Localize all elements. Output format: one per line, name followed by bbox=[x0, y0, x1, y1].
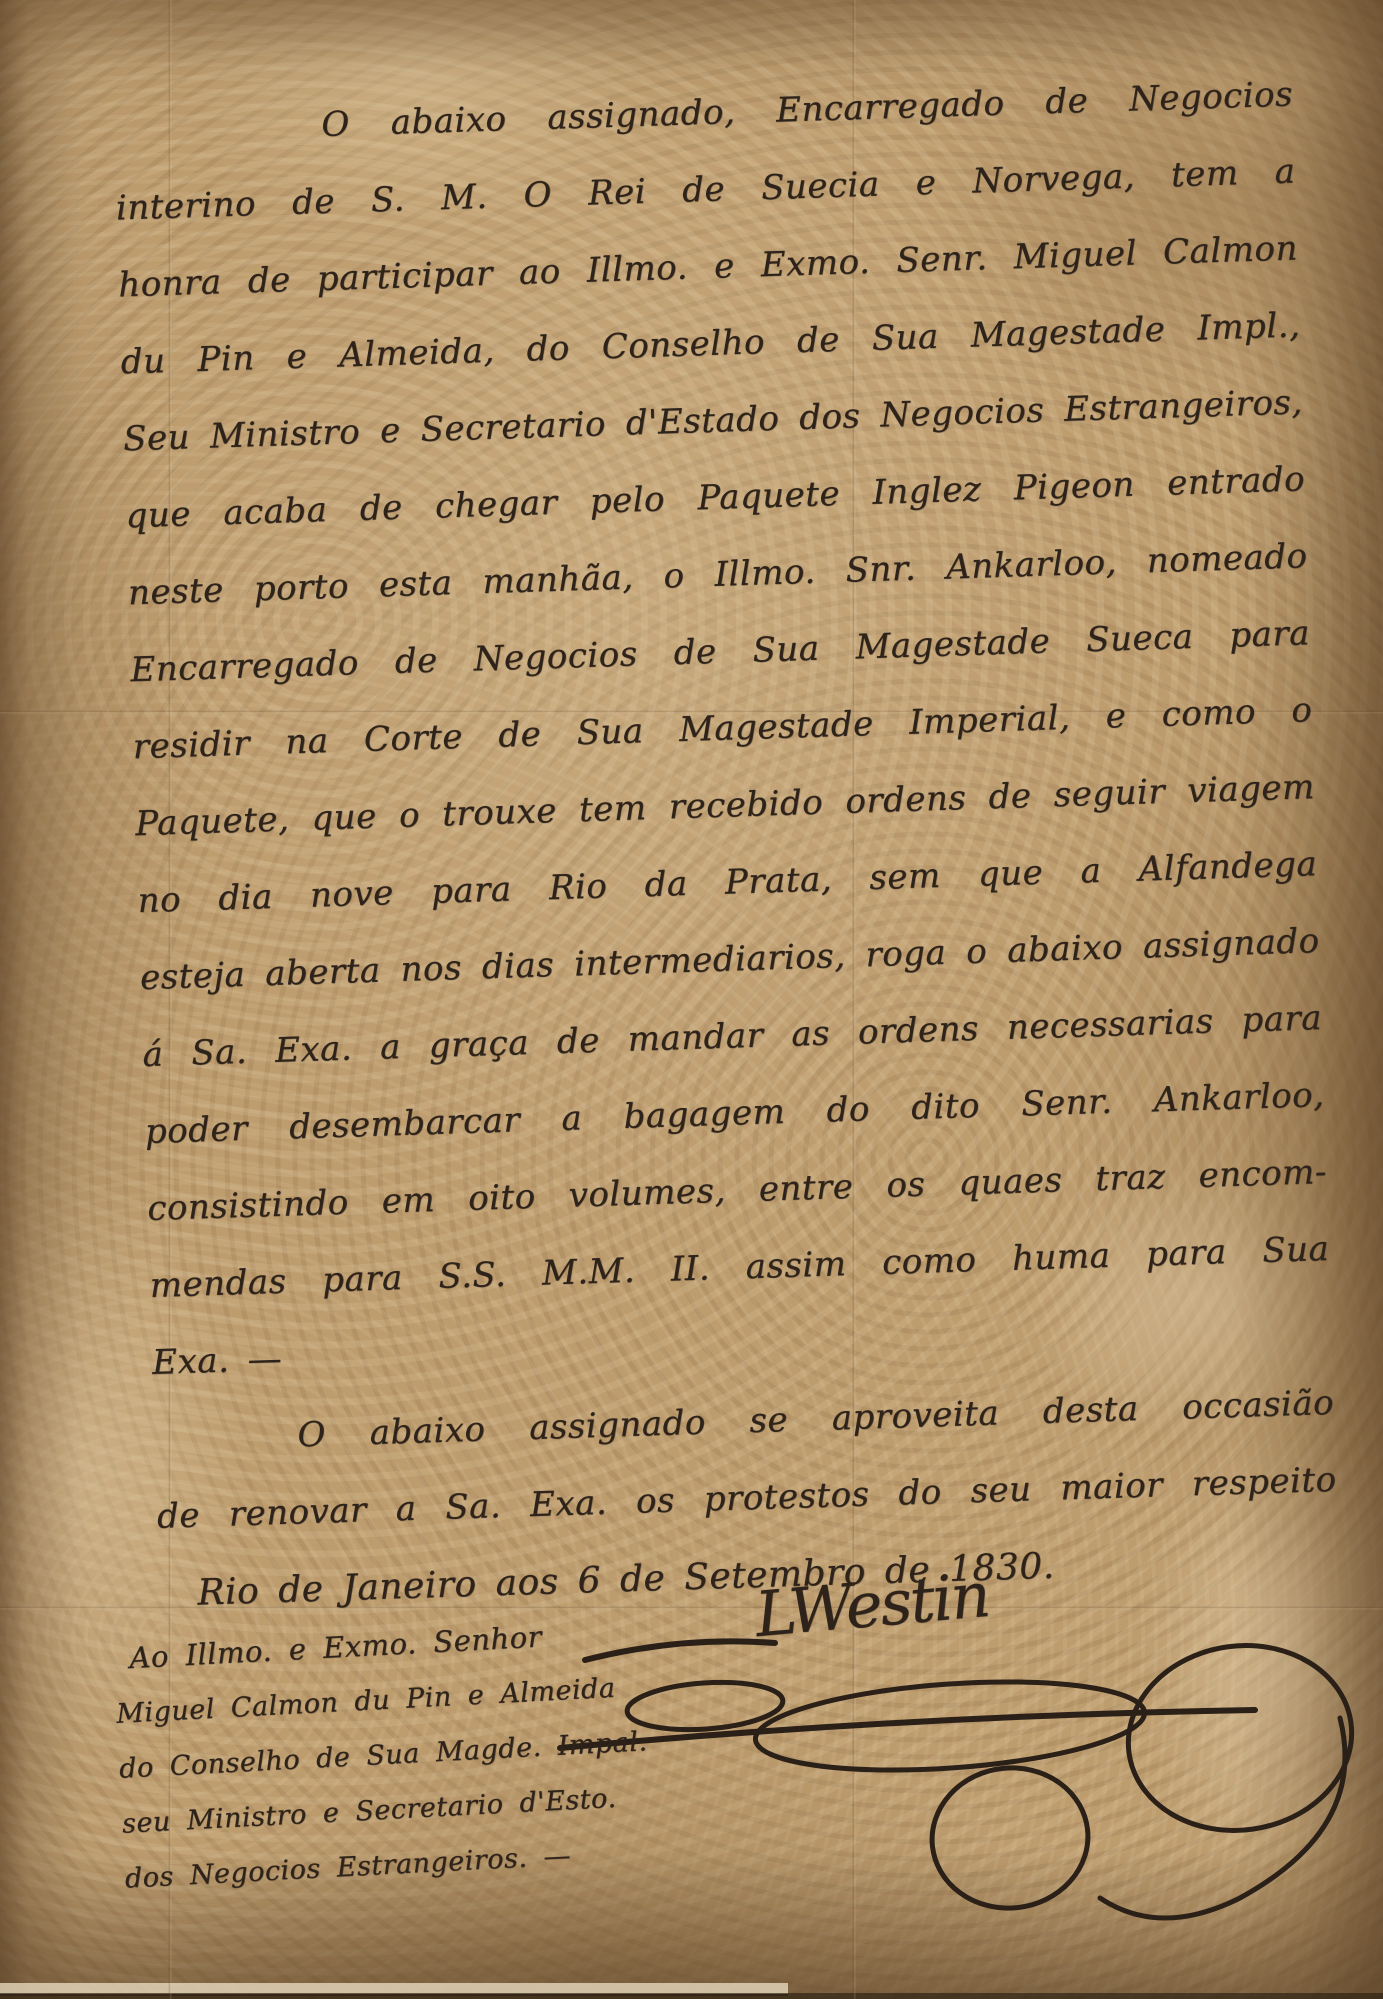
scan-bottom-border bbox=[0, 1993, 1383, 1999]
addressee-block: Ao Illmo. e Exmo. Senhor Miguel Calmon d… bbox=[112, 1601, 726, 1907]
paper-bottom-edge-highlight bbox=[0, 1983, 788, 1994]
page-edge-left bbox=[0, 0, 80, 1999]
letter-body: O abaixo assignado, Encarregado de Negoc… bbox=[112, 56, 1340, 1632]
manuscript-page: O abaixo assignado, Encarregado de Negoc… bbox=[0, 0, 1383, 1999]
